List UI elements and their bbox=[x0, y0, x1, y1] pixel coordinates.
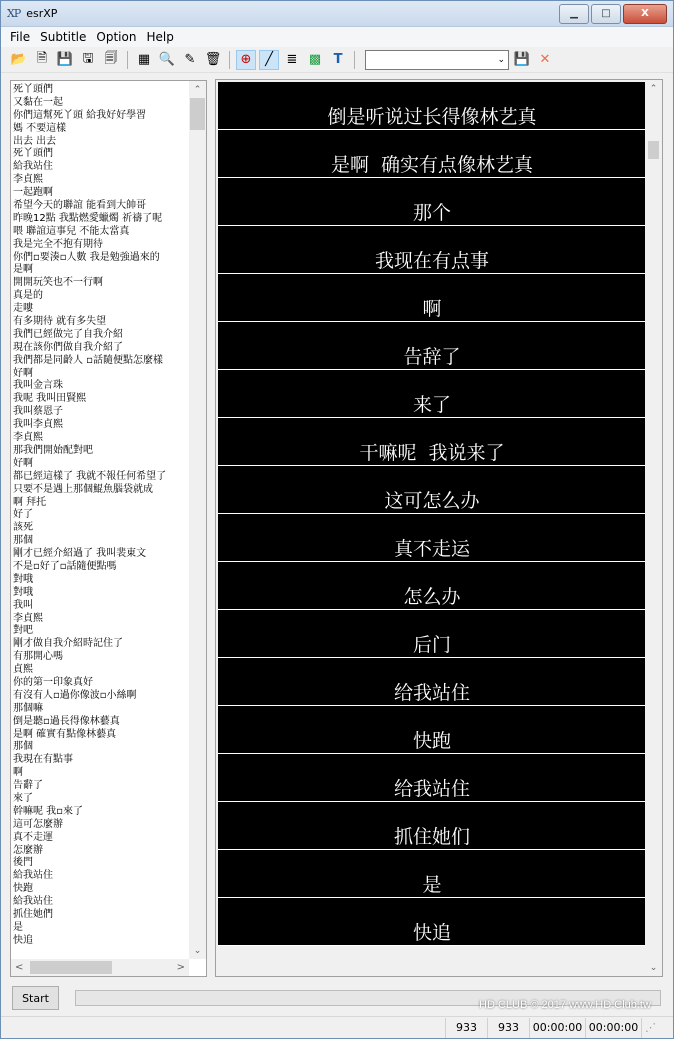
delete-icon[interactable]: ✕ bbox=[535, 50, 555, 70]
edit-icon[interactable]: ✎ bbox=[180, 50, 200, 70]
subtitle-text: 怎么办 bbox=[403, 585, 460, 609]
scroll-thumb[interactable] bbox=[190, 98, 205, 130]
list-item[interactable]: 李貞熙 bbox=[13, 612, 188, 625]
list-item[interactable]: 真是的 bbox=[13, 289, 188, 302]
list-item[interactable]: 快追 bbox=[13, 934, 188, 947]
list-item[interactable]: 我們都是同齡人 ▫話隨便點怎麼樣 bbox=[13, 354, 188, 367]
scroll-up-icon[interactable]: ⌃ bbox=[189, 81, 206, 98]
menu-file[interactable]: File bbox=[5, 30, 35, 44]
list-item[interactable]: 開開玩笑也不一行啊 bbox=[13, 276, 188, 289]
save-as-icon[interactable]: 🖫 bbox=[78, 50, 98, 70]
right-vertical-scrollbar[interactable]: ⌃ ⌄ bbox=[645, 80, 662, 976]
maximize-button[interactable]: □ bbox=[591, 4, 621, 24]
list-item[interactable]: 該死 bbox=[13, 521, 188, 534]
subtitle-text-list[interactable]: 死丫頭們又黏在一起你們這幫死丫頭 給我好好學習媽 不要這樣出去 出去死丫頭們給我… bbox=[10, 80, 207, 977]
save-profile-icon[interactable]: 💾 bbox=[512, 50, 532, 70]
list-item[interactable]: 又黏在一起 bbox=[13, 96, 188, 109]
profile-combobox[interactable]: ⌄ bbox=[365, 50, 509, 70]
list-item[interactable]: 一起跑啊 bbox=[13, 186, 188, 199]
subtitle-image-row[interactable]: 抓住她们 bbox=[218, 802, 646, 850]
list-item[interactable]: 告辭了 bbox=[13, 779, 188, 792]
toolbar-separator bbox=[127, 51, 128, 69]
scroll-right-icon[interactable]: > bbox=[177, 962, 185, 973]
status-time-2: 00:00:00 bbox=[585, 1018, 641, 1038]
subtitle-image-row[interactable]: 给我站住 bbox=[218, 658, 646, 706]
subtitle-text: 这可怎么办 bbox=[384, 489, 479, 513]
list-item[interactable]: 後門 bbox=[13, 856, 188, 869]
subtitle-text: 给我站住 bbox=[394, 681, 470, 705]
list-item[interactable]: 希望今天的聯誼 能看到大帥哥 bbox=[13, 199, 188, 212]
list-item[interactable]: 死丫頭們 bbox=[13, 83, 188, 96]
subtitle-text: 后门 bbox=[413, 633, 451, 657]
list-item[interactable]: 幹嘛呢 我▫來了 bbox=[13, 805, 188, 818]
scroll-thumb[interactable] bbox=[648, 141, 659, 159]
list-item[interactable]: 是啊 bbox=[13, 263, 188, 276]
minimize-button[interactable]: ▁ bbox=[559, 4, 589, 24]
list-item[interactable]: 貞熙 bbox=[13, 663, 188, 676]
list-item[interactable]: 我們已經做完了自我介紹 bbox=[13, 328, 188, 341]
color-icon[interactable]: ▩ bbox=[305, 50, 325, 70]
list-item[interactable]: 那個 bbox=[13, 534, 188, 547]
toolbar-separator bbox=[229, 51, 230, 69]
list-item[interactable]: 都已經這樣了 我就不報任何希望了 bbox=[13, 470, 188, 483]
list-item[interactable]: 媽 不要這樣 bbox=[13, 122, 188, 135]
toolbar-separator bbox=[354, 51, 355, 69]
list-item[interactable]: 李貞熙 bbox=[13, 173, 188, 186]
subtitle-text: 来了 bbox=[413, 393, 451, 417]
list-item[interactable]: 真不走運 bbox=[13, 831, 188, 844]
subtitle-image-row[interactable]: 干嘛呢 我说来了 bbox=[218, 418, 646, 466]
export-icon[interactable]: 🗐 bbox=[101, 50, 121, 70]
menu-bar: File Subtitle Option Help bbox=[1, 27, 673, 47]
subtitle-image-row[interactable]: 怎么办 bbox=[218, 562, 646, 610]
list-item[interactable]: 你的第一印象真好 bbox=[13, 676, 188, 689]
list-item[interactable]: 那個 bbox=[13, 740, 188, 753]
list-item[interactable]: 那我們開始配對吧 bbox=[13, 444, 188, 457]
window-title: esrXP bbox=[26, 7, 559, 20]
pen-icon[interactable]: ╱ bbox=[259, 50, 279, 70]
subtitle-image-list: 倒是听说过长得像林艺真是啊 确实有点像林艺真那个我现在有点事啊告辞了来了干嘛呢 … bbox=[218, 82, 646, 946]
toolbar: 📂 🗎 💾 🖫 🗐 ▦ 🔍 ✎ 🗑 ⊕ ╱ ≣ ▩ T ⌄ 💾 ✕ bbox=[1, 47, 673, 73]
subtitle-text: 啊 bbox=[422, 297, 441, 321]
list-item[interactable]: 有那開心嗎 bbox=[13, 650, 188, 663]
list-item[interactable]: 怎麼辦 bbox=[13, 844, 188, 857]
list-item[interactable]: 這可怎麼辦 bbox=[13, 818, 188, 831]
list-item[interactable]: 好啊 bbox=[13, 367, 188, 380]
list-item[interactable]: 李貞熙 bbox=[13, 431, 188, 444]
subtitle-text: 倒是听说过长得像林艺真 bbox=[327, 105, 536, 129]
save-icon[interactable]: 💾 bbox=[55, 50, 75, 70]
subtitle-text: 真不走运 bbox=[394, 537, 470, 561]
watermark: HD CLUB © 2017 www.HD.Club.tw bbox=[479, 999, 651, 1011]
list-item[interactable]: 我叫金言珠 bbox=[13, 379, 188, 392]
list-item[interactable]: 死丫頭們 bbox=[13, 147, 188, 160]
subtitle-image-row[interactable]: 啊 bbox=[218, 274, 646, 322]
subtitle-image-row[interactable]: 来了 bbox=[218, 370, 646, 418]
list-item[interactable]: 啊 bbox=[13, 766, 188, 779]
status-count-2: 933 bbox=[487, 1018, 529, 1038]
list-item[interactable]: 我呢 我叫田賢熙 bbox=[13, 392, 188, 405]
subtitle-text: 告辞了 bbox=[403, 345, 460, 369]
app-logo-icon: XP bbox=[7, 7, 20, 20]
subtitle-text: 那个 bbox=[413, 201, 451, 225]
text-lines: 死丫頭們又黏在一起你們這幫死丫頭 給我好好學習媽 不要這樣出去 出去死丫頭們給我… bbox=[13, 83, 188, 959]
list-item[interactable]: 有多期待 就有多失望 bbox=[13, 315, 188, 328]
list-item[interactable]: 我叫李貞熙 bbox=[13, 418, 188, 431]
subtitle-text: 我现在有点事 bbox=[375, 249, 489, 273]
left-horizontal-scrollbar[interactable]: < > bbox=[11, 959, 189, 976]
status-count-1: 933 bbox=[445, 1018, 487, 1038]
list-item[interactable]: 出去 出去 bbox=[13, 135, 188, 148]
close-button[interactable]: X bbox=[623, 4, 667, 24]
list-item[interactable]: 我叫 bbox=[13, 599, 188, 612]
list-item[interactable]: 只要不是遇上那個鯤魚腦袋就成 bbox=[13, 483, 188, 496]
subtitle-image-row[interactable]: 快追 bbox=[218, 898, 646, 946]
subtitle-image-row[interactable]: 是啊 确实有点像林艺真 bbox=[218, 130, 646, 178]
horizontal-scroll-thumb[interactable] bbox=[30, 961, 112, 974]
menu-option[interactable]: Option bbox=[91, 30, 141, 44]
scroll-left-icon[interactable]: < bbox=[15, 962, 23, 973]
list-item[interactable]: 有沒有人▫過你像波▫小絲啊 bbox=[13, 689, 188, 702]
status-time-1: 00:00:00 bbox=[529, 1018, 585, 1038]
list-item[interactable]: 給我站住 bbox=[13, 869, 188, 882]
zoom-in-icon[interactable]: ⊕ bbox=[236, 50, 256, 70]
start-button[interactable]: Start bbox=[12, 986, 59, 1010]
subtitle-text: 抓住她们 bbox=[394, 825, 470, 849]
import-file-icon[interactable]: 🗎 bbox=[32, 50, 52, 70]
subtitle-text: 是 bbox=[422, 873, 441, 897]
scroll-down-icon[interactable]: ⌄ bbox=[189, 942, 206, 959]
list-item[interactable]: 我是完全不抱有期待 bbox=[13, 238, 188, 251]
subtitle-text: 干嘛呢 我说来了 bbox=[359, 441, 504, 465]
list-item[interactable]: 是 bbox=[13, 921, 188, 934]
text-icon[interactable]: T bbox=[328, 50, 348, 70]
list-item[interactable]: 剛才已經介紹過了 我叫裴東文 bbox=[13, 547, 188, 560]
subtitle-text: 是啊 确实有点像林艺真 bbox=[331, 153, 533, 177]
subtitle-text: 快跑 bbox=[413, 729, 451, 753]
list-item[interactable]: 好了 bbox=[13, 508, 188, 521]
list-item[interactable]: 不是▫好了▫話隨便點嗎 bbox=[13, 560, 188, 573]
list-item[interactable]: 給我站住 bbox=[13, 895, 188, 908]
list-item[interactable]: 現在該你們做自我介紹了 bbox=[13, 341, 188, 354]
scroll-up-icon[interactable]: ⌃ bbox=[645, 80, 662, 97]
scroll-down-icon[interactable]: ⌄ bbox=[645, 959, 662, 976]
title-bar: XP esrXP ▁ □ X bbox=[1, 1, 673, 27]
subtitle-image-row[interactable]: 快跑 bbox=[218, 706, 646, 754]
document-icon[interactable]: ≣ bbox=[282, 50, 302, 70]
open-folder-icon[interactable]: 📂 bbox=[9, 50, 29, 70]
left-vertical-scrollbar[interactable]: ⌃ ⌄ bbox=[189, 81, 206, 959]
chevron-down-icon: ⌄ bbox=[497, 55, 505, 65]
menu-help[interactable]: Help bbox=[141, 30, 178, 44]
list-item[interactable]: 快跑 bbox=[13, 882, 188, 895]
subtitle-image-row[interactable]: 这可怎么办 bbox=[218, 466, 646, 514]
video-icon[interactable]: ▦ bbox=[134, 50, 154, 70]
list-item[interactable]: 我叫蔡恩子 bbox=[13, 405, 188, 418]
list-item[interactable]: 來了 bbox=[13, 792, 188, 805]
subtitle-image-row[interactable]: 我现在有点事 bbox=[218, 226, 646, 274]
list-item[interactable]: 對哦 bbox=[13, 586, 188, 599]
list-item[interactable]: 啊 拜托 bbox=[13, 496, 188, 509]
list-item[interactable]: 好啊 bbox=[13, 457, 188, 470]
subtitle-image-row[interactable]: 倒是听说过长得像林艺真 bbox=[218, 82, 646, 130]
subtitle-text: 快追 bbox=[413, 921, 451, 945]
subtitle-image-row[interactable]: 那个 bbox=[218, 178, 646, 226]
list-item[interactable]: 是啊 確實有點像林藝真 bbox=[13, 728, 188, 741]
subtitle-text: 给我站住 bbox=[394, 777, 470, 801]
list-item[interactable]: 那個嘛 bbox=[13, 702, 188, 715]
list-item[interactable]: 對哦 bbox=[13, 573, 188, 586]
list-item[interactable]: 你們▫要湊▫人數 我是勉強過來的 bbox=[13, 251, 188, 264]
subtitle-image-row[interactable]: 真不走运 bbox=[218, 514, 646, 562]
menu-subtitle[interactable]: Subtitle bbox=[35, 30, 91, 44]
app-window: XP esrXP ▁ □ X File Subtitle Option Help… bbox=[0, 0, 674, 1039]
subtitle-image-row[interactable]: 告辞了 bbox=[218, 322, 646, 370]
search-icon[interactable]: 🔍 bbox=[157, 50, 177, 70]
clear-icon[interactable]: 🗑 bbox=[203, 50, 223, 70]
list-item[interactable]: 給我站住 bbox=[13, 160, 188, 173]
list-item[interactable]: 我現在有點事 bbox=[13, 753, 188, 766]
list-item[interactable]: 抓住她們 bbox=[13, 908, 188, 921]
list-item[interactable]: 走嘍 bbox=[13, 302, 188, 315]
status-bar: 933 933 00:00:00 00:00:00 ⋰ bbox=[1, 1016, 673, 1038]
subtitle-image-panel[interactable]: 倒是听说过长得像林艺真是啊 确实有点像林艺真那个我现在有点事啊告辞了来了干嘛呢 … bbox=[215, 79, 663, 977]
subtitle-image-row[interactable]: 给我站住 bbox=[218, 754, 646, 802]
list-item[interactable]: 昨晚12點 我點燃愛蠟燭 祈禱了呢 bbox=[13, 212, 188, 225]
list-item[interactable]: 你們這幫死丫頭 給我好好學習 bbox=[13, 109, 188, 122]
list-item[interactable]: 剛才做自我介紹時記住了 bbox=[13, 637, 188, 650]
subtitle-image-row[interactable]: 是 bbox=[218, 850, 646, 898]
list-item[interactable]: 喂 聯誼這事兒 不能太當真 bbox=[13, 225, 188, 238]
resize-grip-icon[interactable]: ⋰ bbox=[641, 1018, 659, 1038]
list-item[interactable]: 倒是聽▫過長得像林藝真 bbox=[13, 715, 188, 728]
list-item[interactable]: 對吧 bbox=[13, 624, 188, 637]
subtitle-image-row[interactable]: 后门 bbox=[218, 610, 646, 658]
